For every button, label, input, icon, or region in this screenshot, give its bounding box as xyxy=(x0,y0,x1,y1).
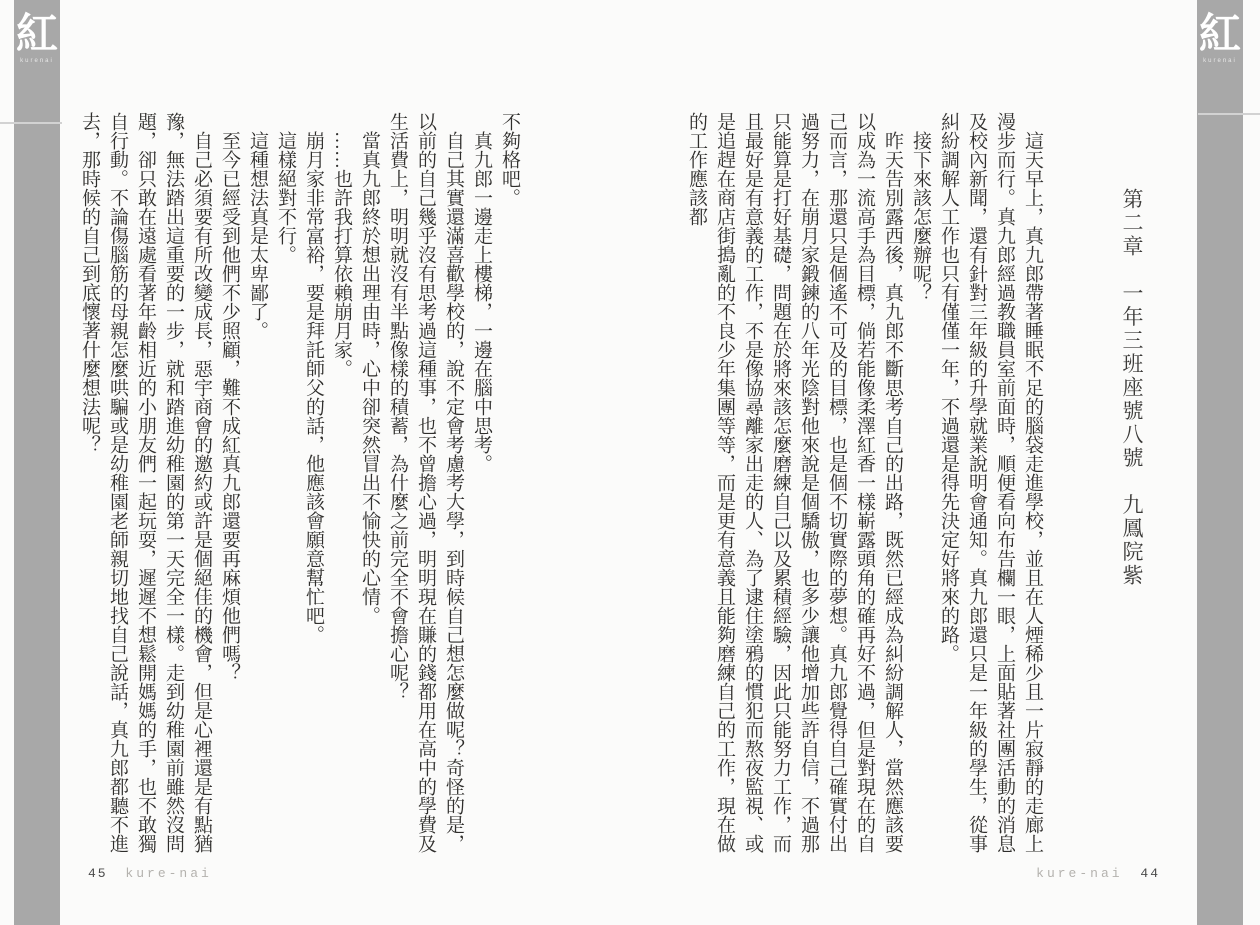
paragraph: 不夠格吧。 xyxy=(495,112,523,854)
kurenai-logo-left: 紅 kurenai xyxy=(14,12,60,64)
paragraph: 當真九郎終於想出理由時，心中卻突然冒出不愉快的心情。 xyxy=(355,112,383,854)
paragraph: 這樣絕對不行。 xyxy=(271,112,299,854)
kurenai-logo-character: 紅 xyxy=(1197,12,1243,58)
paragraph: 這種想法真是太卑鄙了。 xyxy=(243,112,271,854)
paragraph: 接下來該怎麼辦呢？ xyxy=(906,112,934,854)
kurenai-logo-subtext: kurenai xyxy=(14,58,60,64)
kurenai-logo-right: 紅 kurenai xyxy=(1197,12,1243,64)
series-title: kure-nai xyxy=(1036,866,1122,881)
right-page-footer: kure-nai 44 xyxy=(1026,866,1160,881)
book-spread: 紅 kurenai 紅 kurenai 第二章 一年三班座號八號 九鳳院紫 這天… xyxy=(0,0,1260,925)
left-page-footer: 45 kure-nai xyxy=(88,866,222,881)
paragraph: 自己其實還滿喜歡學校的，說不定會考慮考大學，到時候自己想怎麼做呢？奇怪的是，以前… xyxy=(383,112,467,854)
right-page-text: 這天早上，真九郎帶著睡眠不足的腦袋走進學校，並且在人煙稀少且一片寂靜的走廊上漫步… xyxy=(682,112,1046,854)
paragraph: 這天早上，真九郎帶著睡眠不足的腦袋走進學校，並且在人煙稀少且一片寂靜的走廊上漫步… xyxy=(934,112,1046,854)
paragraph: 崩月家非常富裕，要是拜託師父的話，他應該會願意幫忙吧。 xyxy=(299,112,327,854)
paragraph: ……也許我打算依賴崩月家。 xyxy=(327,112,355,854)
paragraph: 至今已經受到他們不少照顧，難不成紅真九郎還要再麻煩他們嗎？ xyxy=(215,112,243,854)
chapter-title: 第二章 一年三班座號八號 九鳳院紫 xyxy=(1117,188,1147,788)
series-title: kure-nai xyxy=(125,866,211,881)
right-cover-bar: 紅 kurenai xyxy=(1197,0,1243,925)
kurenai-logo-character: 紅 xyxy=(14,12,60,58)
page-number: 45 xyxy=(88,866,108,881)
page-number: 44 xyxy=(1140,866,1160,881)
kurenai-logo-subtext: kurenai xyxy=(1197,58,1243,64)
left-bar-divider xyxy=(0,122,62,124)
paragraph: 昨天告別露西後，真九郎不斷思考自己的出路，既然已經成為糾紛調解人，當然應該要以成… xyxy=(682,112,906,854)
paragraph: 自己必須要有所改變成長，惡宇商會的邀約或許是個絕佳的機會，但是心裡還是有點猶豫，… xyxy=(75,112,215,854)
paragraph: 真九郎一邊走上樓梯，一邊在腦中思考。 xyxy=(467,112,495,854)
left-cover-bar: 紅 kurenai xyxy=(14,0,60,925)
left-page-text: 不夠格吧。 真九郎一邊走上樓梯，一邊在腦中思考。 自己其實還滿喜歡學校的，說不定… xyxy=(75,112,523,854)
right-bar-divider xyxy=(1198,113,1260,115)
